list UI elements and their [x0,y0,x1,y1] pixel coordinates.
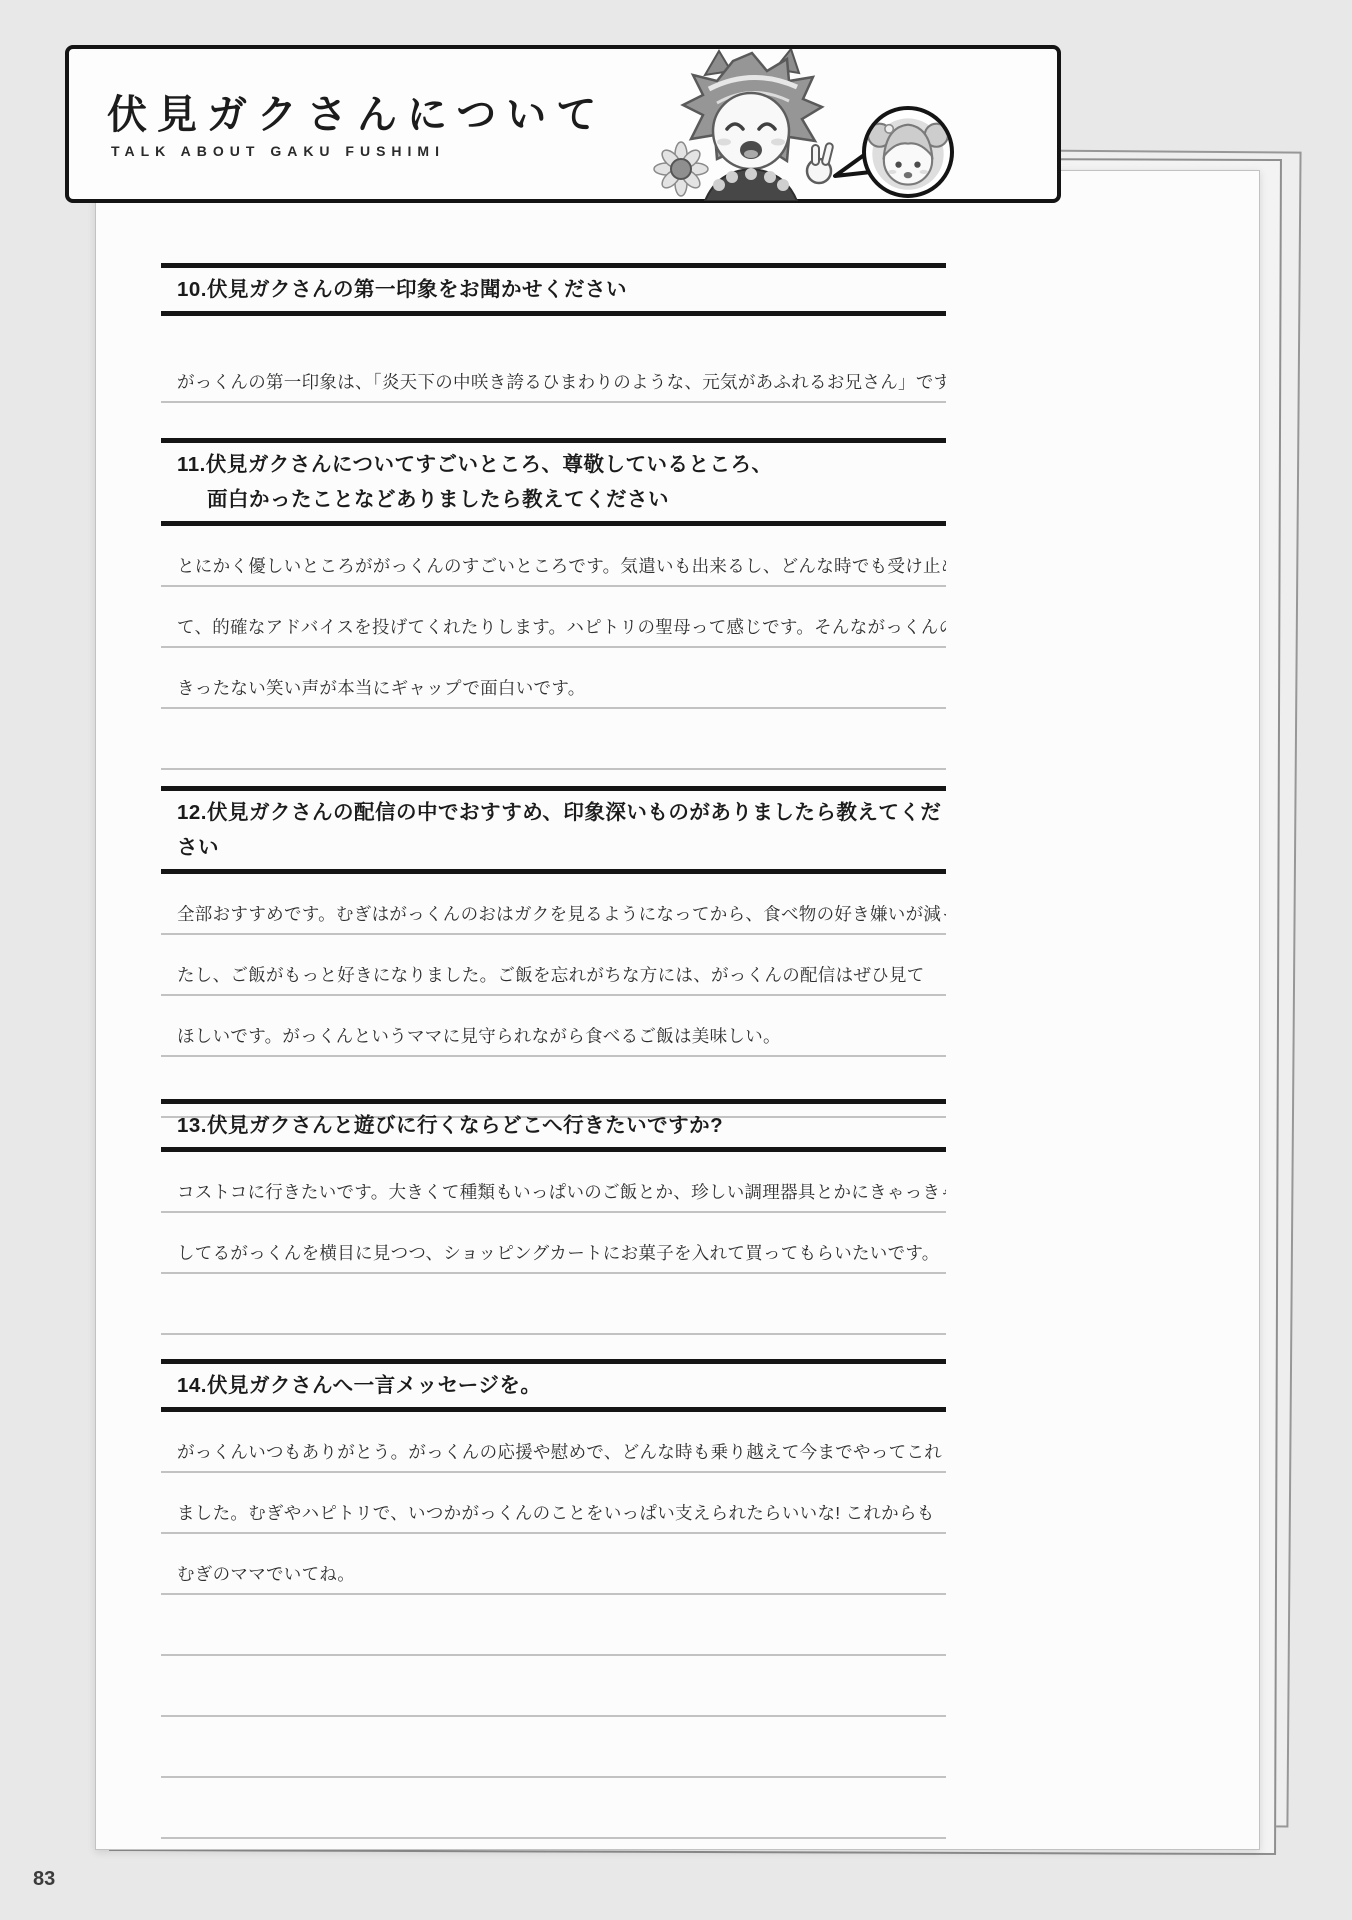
answer-text: がっくんいつもありがとう。がっくんの応援や慰めで、どんな時も乗り越えて今までやっ… [177,1439,942,1464]
section-q10: 10.伏見ガクさんの第一印象をお聞かせください がっくんの第一印象は、「炎天下の… [161,263,946,403]
question-14-title: 14.伏見ガクさんへ一言メッセージを。 [161,1359,946,1412]
gaku-chibi-icon [647,49,857,201]
question-12-title: 12.伏見ガクさんの配信の中でおすすめ、印象深いものがありましたら教えてください [161,786,946,874]
answer-text: きったない笑い声が本当にギャップで面白いです。 [177,675,586,700]
answer-text: たし、ご飯がもっと好きになりました。ご飯を忘れがちな方には、がっくんの配信はぜひ… [177,962,925,987]
question-11-line1: 11.伏見ガクさんについてすごいところ、尊敬しているところ、 [177,447,946,482]
answer-line-empty [161,1274,946,1335]
answer-line-empty [161,1778,946,1839]
answer-text: がっくんの第一印象は、「炎天下の中咲き誇るひまわりのような、元気があふれるお兄さ… [177,369,946,394]
answer-line: ほしいです。がっくんというママに見守られながら食べるご飯は美味しい。 [161,996,946,1057]
answer-line-empty [161,1717,946,1778]
answer-line: コストコに行きたいです。大きくて種類もいっぱいのご飯とか、珍しい調理器具とかにき… [161,1152,946,1213]
answer-line: きったない笑い声が本当にギャップで面白いです。 [161,648,946,709]
answer-text: 全部おすすめです。むぎはがっくんのおはガクを見るようになってから、食べ物の好き嫌… [177,901,946,926]
question-11-title: 11.伏見ガクさんについてすごいところ、尊敬しているところ、 面白かったことなど… [161,438,946,526]
answer-text: コストコに行きたいです。大きくて種類もいっぱいのご飯とか、珍しい調理器具とかにき… [177,1179,946,1204]
paper-sheet-main: 10.伏見ガクさんの第一印象をお聞かせください がっくんの第一印象は、「炎天下の… [95,170,1260,1850]
sunflower-icon [654,142,708,196]
answer-line-empty [161,1595,946,1656]
answer-line: むぎのママでいてね。 [161,1534,946,1595]
page-number: 83 [33,1868,55,1891]
question-13-title: 13.伏見ガクさんと遊びに行くならどこへ行きたいですか? [161,1099,946,1152]
answer-line: してるがっくんを横目に見つつ、ショッピングカートにお菓子を入れて買ってもらいたい… [161,1213,946,1274]
section-q12: 12.伏見ガクさんの配信の中でおすすめ、印象深いものがありましたら教えてください… [161,786,946,1118]
question-11-line2: 面白かったことなどありましたら教えてください [177,482,946,517]
answer-text: してるがっくんを横目に見つつ、ショッピングカートにお菓子を入れて買ってもらいたい… [177,1240,940,1265]
page-title: 伏見ガクさんについて [107,83,606,140]
answer-text: て、的確なアドバイスを投げてくれたりします。ハピトリの聖母って感じです。そんなが… [177,614,946,639]
page-subtitle: TALK ABOUT GAKU FUSHIMI [111,143,445,159]
mugi-avatar-icon [866,110,950,194]
section-q11: 11.伏見ガクさんについてすごいところ、尊敬しているところ、 面白かったことなど… [161,438,946,770]
answer-line: 全部おすすめです。むぎはがっくんのおはガクを見るようになってから、食べ物の好き嫌… [161,874,946,935]
answer-text: むぎのママでいてね。 [177,1561,355,1586]
answer-line: たし、ご飯がもっと好きになりました。ご飯を忘れがちな方には、がっくんの配信はぜひ… [161,935,946,996]
answer-text: とにかく優しいところががっくんのすごいところです。気遣いも出来るし、どんな時でも… [177,553,946,578]
answer-line: とにかく優しいところががっくんのすごいところです。気遣いも出来るし、どんな時でも… [161,526,946,587]
answer-line-empty [161,1656,946,1717]
peace-hand [807,143,834,183]
mugi-avatar [862,106,954,198]
answer-text: ほしいです。がっくんというママに見守られながら食べるご飯は美味しい。 [177,1023,781,1048]
answer-line: がっくんの第一印象は、「炎天下の中咲き誇るひまわりのような、元気があふれるお兄さ… [161,316,946,403]
answer-line: がっくんいつもありがとう。がっくんの応援や慰めで、どんな時も乗り越えて今までやっ… [161,1412,946,1473]
section-q14: 14.伏見ガクさんへ一言メッセージを。 がっくんいつもありがとう。がっくんの応援… [161,1359,946,1839]
qa-content-column: 10.伏見ガクさんの第一印象をお聞かせください がっくんの第一印象は、「炎天下の… [161,171,946,1849]
answer-line: ました。むぎやハピトリで、いつかがっくんのことをいっぱい支えられたらいいな! こ… [161,1473,946,1534]
answer-line: て、的確なアドバイスを投げてくれたりします。ハピトリの聖母って感じです。そんなが… [161,587,946,648]
question-10-title: 10.伏見ガクさんの第一印象をお聞かせください [161,263,946,316]
section-q13: 13.伏見ガクさんと遊びに行くならどこへ行きたいですか? コストコに行きたいです… [161,1099,946,1335]
answer-line-empty [161,709,946,770]
answer-text: ました。むぎやハピトリで、いつかがっくんのことをいっぱい支えられたらいいな! こ… [177,1500,935,1525]
